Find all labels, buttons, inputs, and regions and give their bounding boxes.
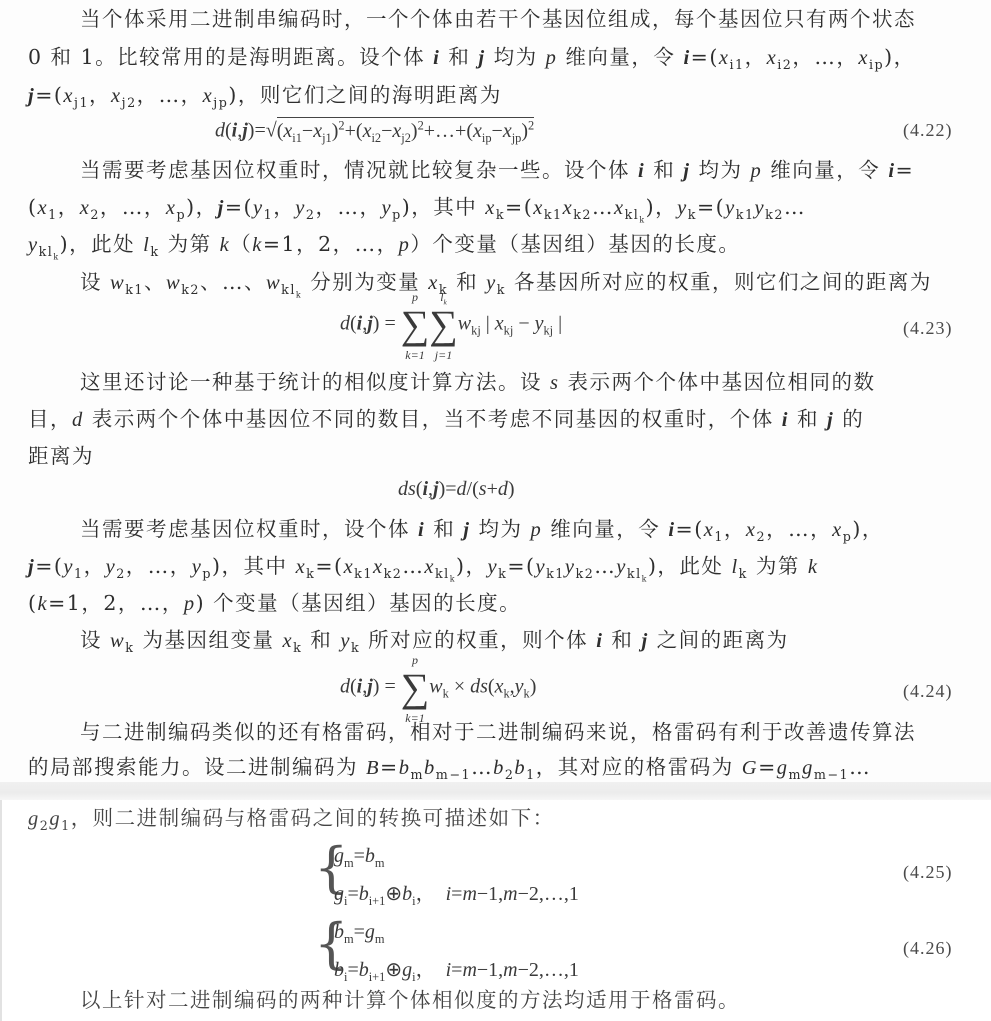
equation-number-4-24: (4.24)	[903, 681, 953, 702]
equation-4-24: d(i,j) = ∑pk=1wk × ds(xk,yk)	[340, 668, 536, 708]
paragraph-5-line-3: (k=1，2，…，p) 个变量（基因组）基因的长度。	[28, 588, 521, 619]
paragraph-7-line-2: 的局部搜索能力。设二进制编码为 B=bmbm−1…b2b1，其对应的格雷码为 G…	[28, 752, 871, 790]
paragraph-2-line-1: 当需要考虑基因位权重时，情况就比较复杂一些。设个体 i 和 j 均为 p 维向量…	[80, 155, 914, 186]
paragraph-1-line-3: j=(xj1，xj2，…，xjp)，则它们之间的海明距离为	[28, 80, 502, 118]
equation-4-25-line-1: gm=bm	[334, 845, 385, 871]
equation-number-4-25: (4.25)	[903, 862, 953, 883]
equation-4-26-line-2: bi=bi+1⊕gi， i=m−1,m−2,…,1	[334, 953, 579, 985]
equation-4-22: d(i,j)=√(xi1−xj1)2+(xi2−xj2)2+…+(xip−xjp…	[215, 118, 534, 146]
paragraph-4-line-1: 这里还讨论一种基于统计的相似度计算方法。设 s 表示两个个体中基因位相同的数	[80, 367, 876, 398]
equation-ds: ds(i,j)=d/(s+d)	[398, 478, 515, 501]
equation-number-4-23: (4.23)	[903, 318, 953, 339]
equation-number-4-26: (4.26)	[903, 938, 953, 959]
paragraph-8-line-1: 以上针对二进制编码的两种计算个体相似度的方法均适用于格雷码。	[80, 985, 740, 1015]
paragraph-6-line-1: 设 wk 为基因组变量 xk 和 yk 所对应的权重，则个体 i 和 j 之间的…	[80, 625, 789, 663]
equation-4-26-line-1: bm=gm	[334, 921, 385, 947]
paragraph-7-line-1: 与二进制编码类似的还有格雷码，相对于二进制编码来说，格雷码有利于改善遗传算法	[80, 717, 916, 747]
paragraph-4-line-3: 距离为	[28, 441, 94, 471]
equation-number-4-22: (4.22)	[903, 120, 953, 141]
equation-4-25-line-2: gi=bi+1⊕bi， i=m−1,m−2,…,1	[334, 877, 579, 909]
paragraph-4-line-2: 目，d 表示两个个体中基因位不同的数目，当不考虑不同基因的权重时，个体 i 和 …	[28, 404, 864, 435]
paragraph-5-line-1: 当需要考虑基因位权重时，设个体 i 和 j 均为 p 维向量，令 i=(x1，x…	[80, 514, 884, 552]
paragraph-7-line-3: g2g1，则二进制编码与格雷码之间的转换可描述如下：	[28, 803, 555, 841]
paragraph-1-line-2: 0 和 1。比较常用的是海明距离。设个体 i 和 j 均为 p 维向量，令 i=…	[28, 42, 916, 80]
paragraph-1-line-1: 当个体采用二进制串编码时，一个个体由若干个基因位组成，每个基因位只有两个状态	[80, 4, 916, 34]
equation-4-23: d(i,j) = ∑pk=1∑lkj=1wkj | xkj − ykj |	[340, 305, 562, 345]
